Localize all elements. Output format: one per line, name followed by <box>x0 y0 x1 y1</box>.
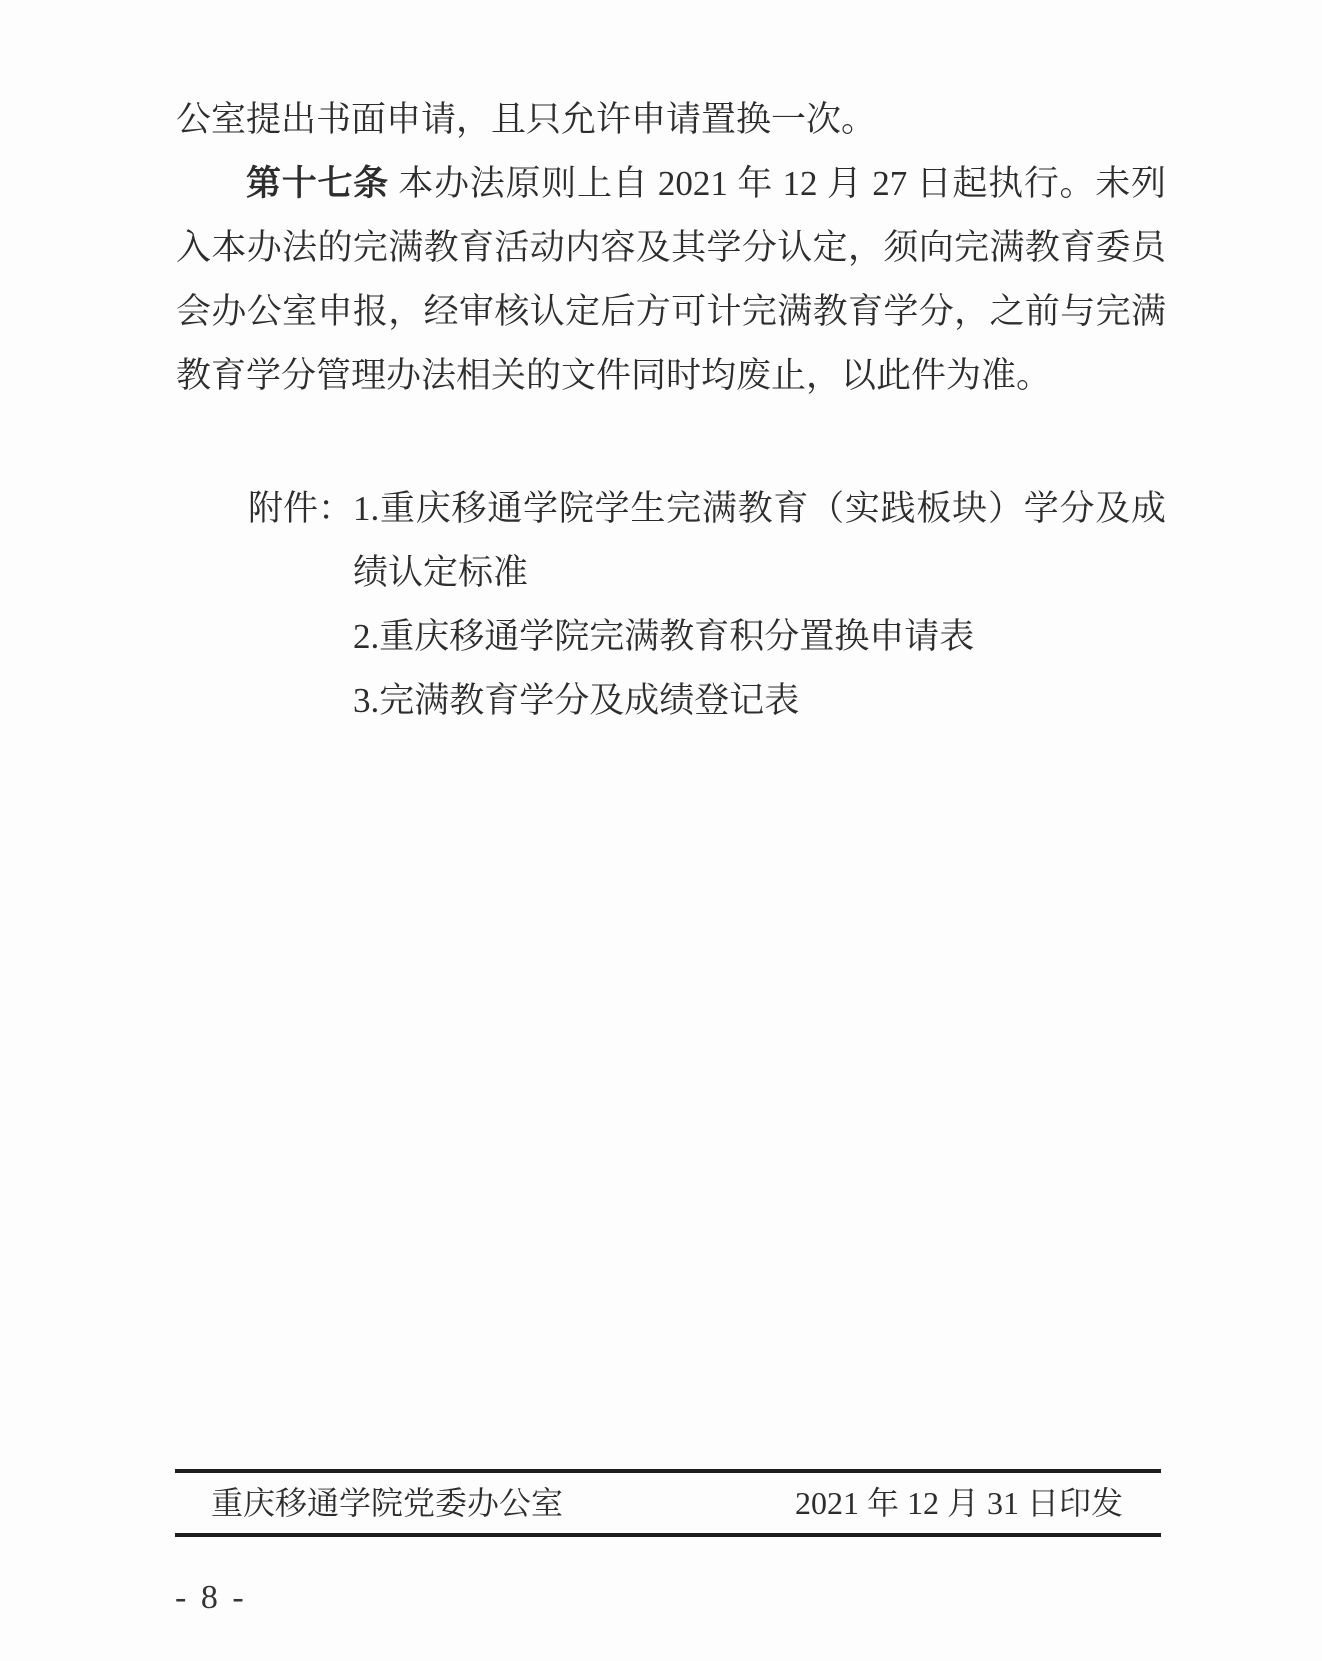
attachments-section: 附件： 1.重庆移通学院学生完满教育（实践板块）学分及成绩认定标准 2.重庆移通… <box>176 477 1166 733</box>
attachment-item-2: 2.重庆移通学院完满教育积分置换申请表 <box>353 605 1166 669</box>
article-17-heading: 第十七条 <box>246 164 389 203</box>
footer-rule-top <box>175 1469 1161 1473</box>
article-17-line-1: 第十七条 本办法原则上自 2021 年 12 月 27 日起执行。未列 <box>176 152 1166 216</box>
document-page: 公室提出书面申请，且只允许申请置换一次。 第十七条 本办法原则上自 2021 年… <box>0 0 1322 1661</box>
attachments-list: 1.重庆移通学院学生完满教育（实践板块）学分及成绩认定标准 2.重庆移通学院完满… <box>353 477 1166 733</box>
article-17-line-3: 会办公室申报，经审核认定后方可计完满教育学分，之前与完满 <box>176 280 1166 344</box>
body-text-block: 公室提出书面申请，且只允许申请置换一次。 第十七条 本办法原则上自 2021 年… <box>176 88 1166 733</box>
attachment-item-1: 1.重庆移通学院学生完满教育（实践板块）学分及成绩认定标准 <box>353 477 1166 605</box>
footer-print-date: 2021 年 12 月 31 日印发 <box>795 1477 1123 1529</box>
article-17-line-2: 入本办法的完满教育活动内容及其学分认定，须向完满教育委员 <box>176 216 1166 280</box>
attachments-label: 附件： <box>248 477 353 733</box>
carryover-paragraph-line: 公室提出书面申请，且只允许申请置换一次。 <box>176 88 1166 152</box>
article-17-line-1-text: 本办法原则上自 2021 年 12 月 27 日起执行。未列 <box>389 164 1166 203</box>
footer-row: 重庆移通学院党委办公室 2021 年 12 月 31 日印发 <box>175 1477 1161 1529</box>
article-17-line-4: 教育学分管理办法相关的文件同时均废止，以此件为准。 <box>176 344 1166 408</box>
page-number: - 8 - <box>175 1578 247 1618</box>
footer-rule-bottom <box>175 1533 1161 1537</box>
attachment-item-3: 3.完满教育学分及成绩登记表 <box>353 669 1166 733</box>
footer-issuer: 重庆移通学院党委办公室 <box>211 1477 563 1529</box>
